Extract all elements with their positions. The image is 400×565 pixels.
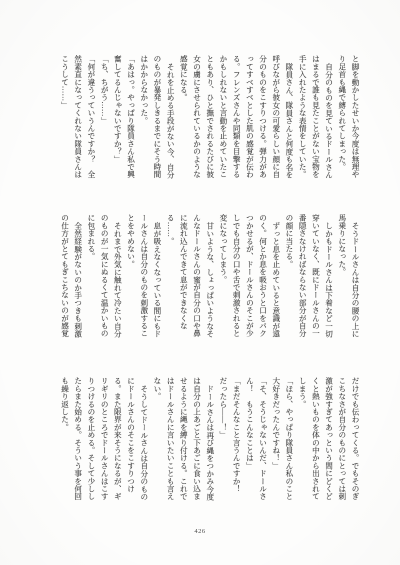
- text-paragraph: 隊員さん、隊員さんと何度も名を呼びながら彼女の可愛らしい顔に自分のものをこすりつ…: [177, 55, 296, 184]
- text-band-bottom: だけでも伝わってくる。でもそのぎこちなさが自分のものにとっては刺激が強すぎてあっ…: [50, 377, 362, 506]
- text-paragraph: 「あはっ。やっぱり隊員さん私で興奮してるんじゃないですか？」: [111, 55, 137, 184]
- text-paragraph: 「ち、ちがう……」: [98, 55, 111, 184]
- text-paragraph: それまで外気に触れて冷たい自分のものが一気にぬるくて温かいものに包まれる。: [85, 214, 125, 343]
- scanned-book-page: と脚を動かしたせいか今度は無理やり足首も縄で縛られてしまった。自分のものを見てい…: [0, 0, 400, 565]
- text-band-top: と脚を動かしたせいか今度は無理やり足首も縄で縛られてしまった。自分のものを見てい…: [50, 55, 362, 184]
- text-paragraph: 息が吸えなくなっている間にもドールさんは自分のものを刺激することをやめない。: [124, 214, 164, 343]
- text-paragraph: それを止める手段がない今、自分のものが暴発しきるまでにそう時間はかからなかった。: [138, 55, 178, 184]
- text-paragraph: しかもドールさんは下着など一切穿いていなく、既にドールさんの一番隠さなければなら…: [283, 214, 336, 343]
- text-paragraph: ドールさんは再び縄をつかみ今度は自分の上あごと下あごに食い込ませるように縄を縛り…: [151, 377, 217, 506]
- text-paragraph: と脚を動かしたせいか今度は無理やり足首も縄で縛られてしまった。: [336, 55, 362, 184]
- text-paragraph: だけでも伝わってくる。でもそのぎこちなさが自分のものにとっては刺激が強すぎてあっ…: [296, 377, 362, 506]
- page-number: 426: [0, 528, 400, 535]
- text-paragraph: 甘いような、しょっぱいようなそんなドールさんの蜜が自分の口や鼻に流れ込んできて息…: [164, 214, 217, 343]
- text-paragraph: 「そ、そうじゃないんだ、ドールさん！ もうこんなことは」: [243, 377, 269, 506]
- text-paragraph: 自分のものを見ているドールさんはまるで誰も見たことがない宝物を手に入れたような表…: [296, 55, 336, 184]
- text-band-middle: そうドールさんは自分の腰の上に馬乗りになった。しかもドールさんは下着など一切穿い…: [50, 214, 362, 343]
- text-paragraph: ずっと息を止めていると意識が遠のく。何とか息を吸おうと口をパクつかせるが、ドール…: [217, 214, 283, 343]
- text-paragraph: 「何が違うっていうんですか？ 全然素直になってくれない隊員さんはこうして……」: [58, 55, 98, 184]
- text-paragraph: 「ほら、やっぱり隊員さん私のこと大好きだったんですね！」: [270, 377, 296, 506]
- text-paragraph: そうドールさんは自分の腰の上に馬乗りになった。: [336, 214, 362, 343]
- text-paragraph: 「まだそんなこと言うんですか！ だったら――！」: [217, 377, 243, 506]
- text-paragraph: 全然経験がないのか手つきも刺激の仕方がとてもぎこちないのが感覚: [58, 214, 84, 343]
- text-paragraph: そうしてドールさんは自分のものにドールさんのそこをこすりつける。また限界が来そう…: [58, 377, 150, 506]
